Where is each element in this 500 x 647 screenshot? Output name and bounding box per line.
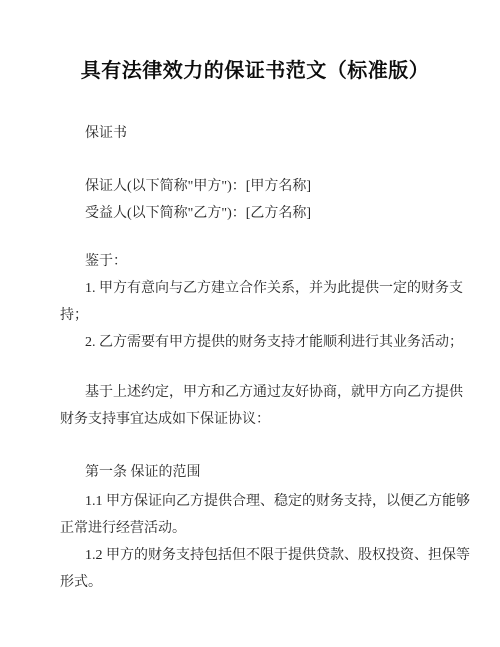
document-page: 具有法律效力的保证书范文（标准版） 保证书 保证人(以下简称"甲方")：[甲方名… [0, 0, 500, 647]
guarantor-line: 保证人(以下简称"甲方")：[甲方名称] [60, 173, 470, 200]
beneficiary-line: 受益人(以下简称"乙方")：[乙方名称] [60, 200, 470, 227]
doc-name-line: 保证书 [60, 120, 470, 147]
whereas-item-1: 1. 甲方有意向与乙方建立合作关系，并为此提供一定的财务支持； [60, 275, 470, 329]
page-title: 具有法律效力的保证书范文（标准版） [0, 0, 500, 85]
clause-1-2: 1.2 甲方的财务支持包括但不限于提供贷款、股权投资、担保等形式。 [60, 542, 470, 596]
whereas-heading: 鉴于： [60, 248, 470, 275]
whereas-item-2: 2. 乙方需要有甲方提供的财务支持才能顺利进行其业务活动； [60, 329, 470, 356]
agreement-intro: 基于上述约定，甲方和乙方通过友好协商，就甲方向乙方提供财务支持事宜达成如下保证协… [60, 379, 470, 433]
clause-1-1: 1.1 甲方保证向乙方提供合理、稳定的财务支持，以便乙方能够正常进行经营活动。 [60, 488, 470, 542]
article-1-heading: 第一条 保证的范围 [60, 459, 470, 486]
document-body: 保证书 保证人(以下简称"甲方")：[甲方名称] 受益人(以下简称"乙方")：[… [60, 120, 470, 596]
